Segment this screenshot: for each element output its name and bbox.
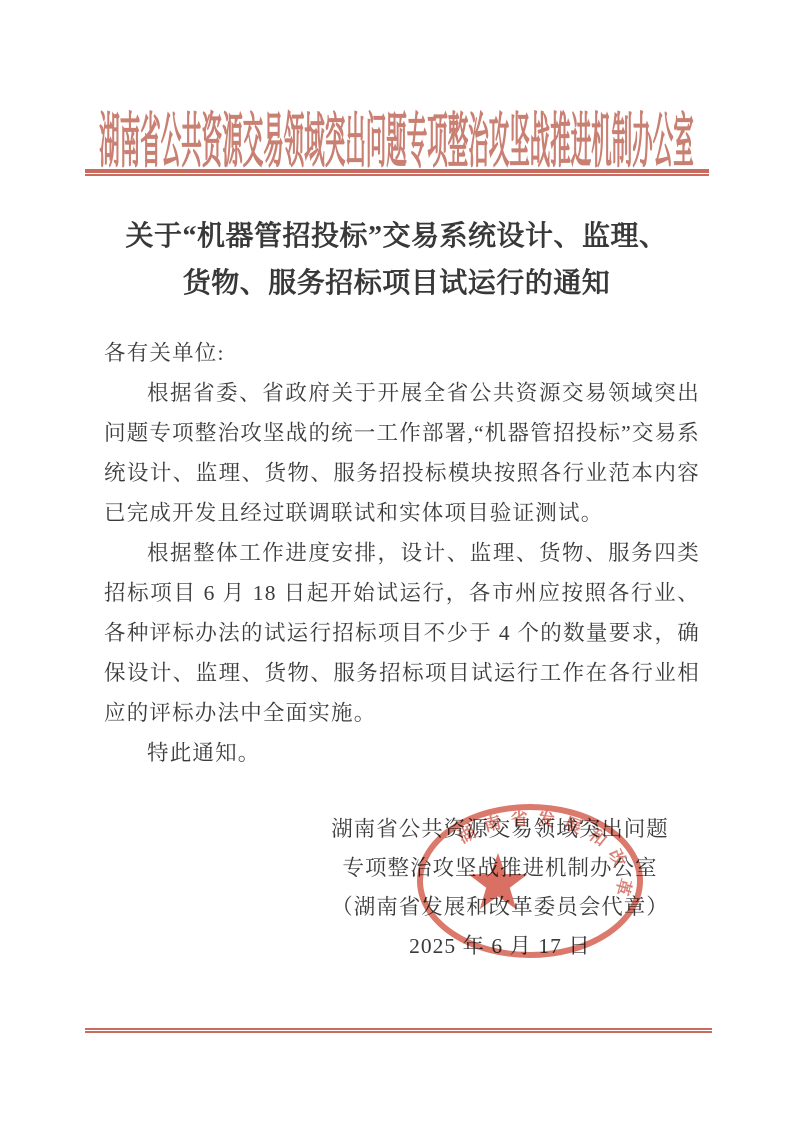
salutation: 各有关单位:	[104, 333, 700, 373]
header-divider-line	[85, 169, 709, 176]
official-seal: 湖南省发展和改革委员会	[414, 801, 648, 963]
letterhead-org-name: 湖南省公共资源交易领域突出问题专项整治攻坚战推进机制办公室	[0, 92, 793, 179]
seal-arc-text: 湖南省发展和改革委员会	[414, 801, 635, 906]
body-paragraph: 根据省委、省政府关于开展全省公共资源交易领域突出问题专项整治攻坚战的统一工作部署…	[104, 373, 700, 533]
document-title: 关于“机器管招投标”交易系统设计、监理、 货物、服务招标项目试运行的通知	[0, 213, 793, 307]
seal-ring	[420, 807, 640, 955]
document-title-line2: 货物、服务招标项目试运行的通知	[0, 260, 793, 307]
document-page: 湖南省公共资源交易领域突出问题专项整治攻坚战推进机制办公室 关于“机器管招投标”…	[0, 0, 793, 1122]
body-paragraph: 根据整体工作进度安排，设计、监理、货物、服务四类招标项目 6 月 18 日起开始…	[104, 533, 700, 733]
footer-divider-line	[85, 1028, 712, 1033]
document-title-line1: 关于“机器管招投标”交易系统设计、监理、	[0, 213, 793, 260]
document-body: 各有关单位: 根据省委、省政府关于开展全省公共资源交易领域突出问题专项整治攻坚战…	[104, 333, 700, 773]
body-paragraph: 特此通知。	[104, 733, 700, 773]
seal-star	[469, 853, 528, 909]
